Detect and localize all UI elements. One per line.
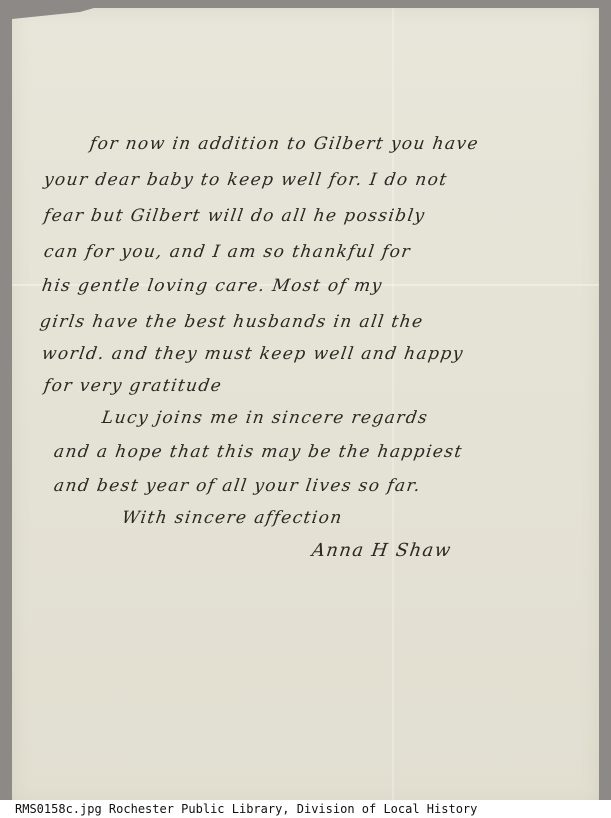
image-caption: RMS0158c.jpg Rochester Public Library, D… — [0, 800, 611, 818]
letter-line-4: can for you, and I am so thankful for — [43, 242, 413, 262]
letter-body: for now in addition to Gilbert you have … — [12, 8, 599, 804]
letter-line-8: for very gratitude — [43, 376, 224, 396]
letter-line-2: your dear baby to keep well for. I do no… — [43, 170, 449, 190]
letter-line-7: world. and they must keep well and happy — [41, 344, 466, 364]
letter-page: for now in addition to Gilbert you have … — [12, 8, 599, 804]
letter-line-5: his gentle loving care. Most of my — [41, 276, 384, 296]
letter-line-10: and a hope that this may be the happiest — [53, 442, 465, 462]
letter-line-11: and best year of all your lives so far. — [53, 476, 423, 496]
letter-line-3: fear but Gilbert will do all he possibly — [43, 206, 427, 226]
signature: Anna H Shaw — [311, 540, 453, 561]
letter-line-1: for now in addition to Gilbert you have — [89, 134, 481, 154]
letter-line-6: girls have the best husbands in all the — [39, 312, 425, 332]
letter-line-9: Lucy joins me in sincere regards — [101, 408, 430, 428]
closing-line: With sincere affection — [121, 508, 344, 528]
